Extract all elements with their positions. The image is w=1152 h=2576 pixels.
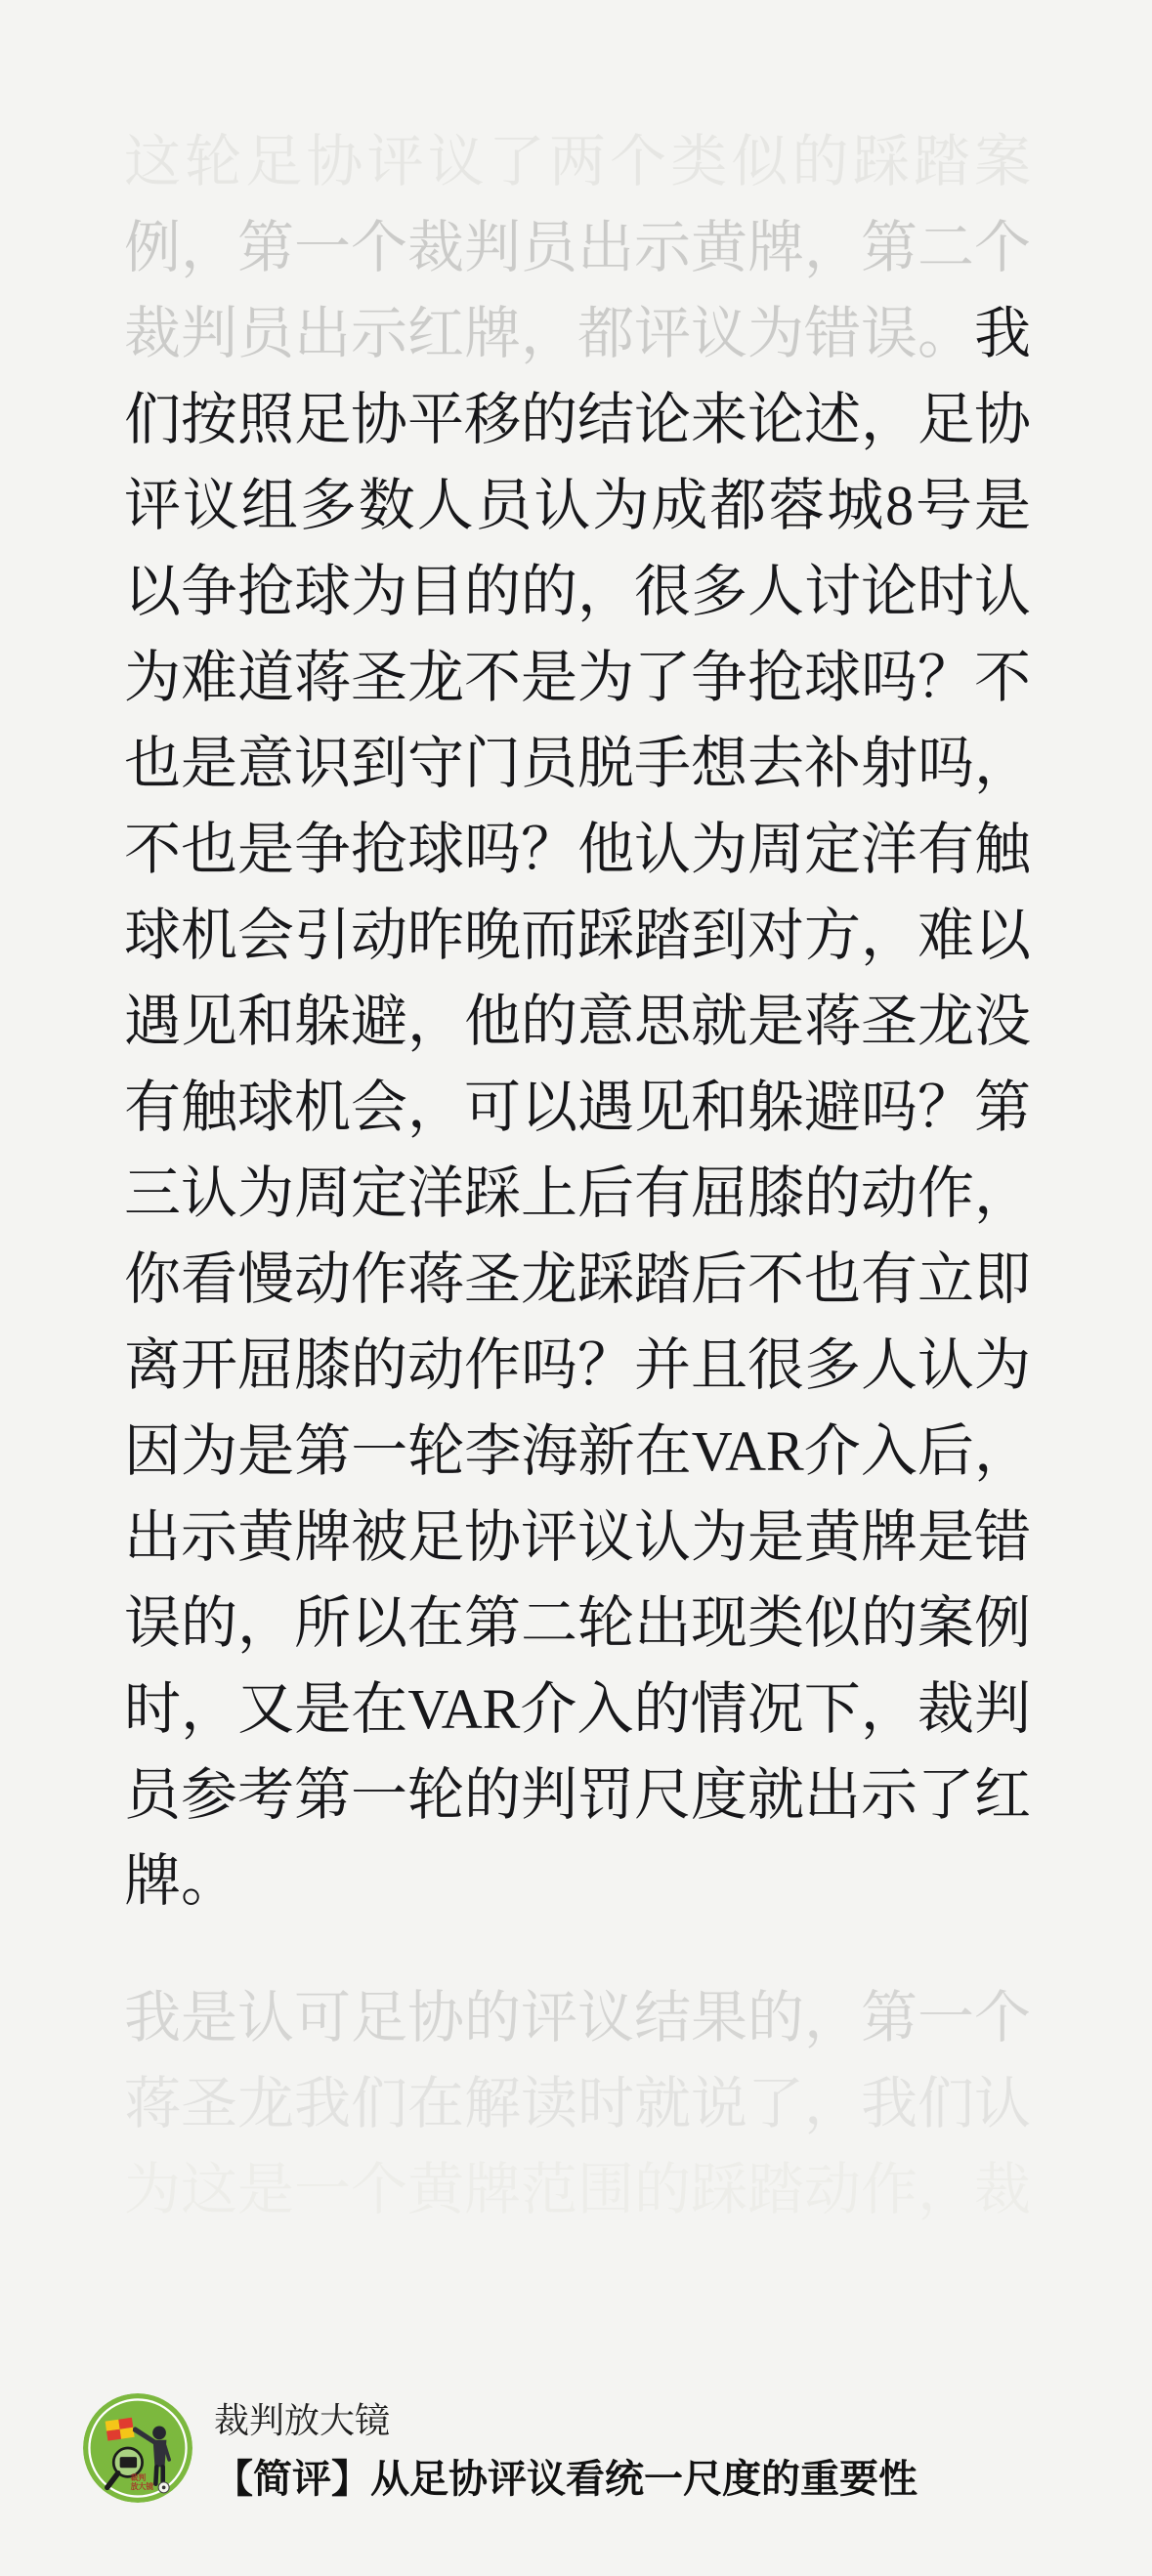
text-line: 例，第一个裁判员出示黄牌，第二个	[124, 205, 1031, 291]
text-line: 误的，所以在第二轮出现类似的案例	[124, 1581, 1031, 1667]
football-patch	[162, 2486, 166, 2490]
text-line: 因为是第一轮李海新在VAR介入后，	[124, 1409, 1031, 1495]
text-segment-gray: 裁判员出示红牌，都评议为错误。	[124, 302, 974, 365]
text-line: 评议组多数人员认为成都蓉城8号是	[124, 463, 1031, 549]
text-segment-dark: 我	[974, 302, 1031, 365]
text-line: 时，又是在VAR介入的情况下，裁判	[124, 1667, 1031, 1753]
text-line: 以争抢球为目的的，很多人讨论时认	[124, 549, 1031, 635]
text-line: 裁判员出示红牌，都评议为错误。我	[124, 291, 1031, 377]
article-page: 这轮足协评议了两个类似的踩踏案例，第一个裁判员出示黄牌，第二个裁判员出示红牌，都…	[0, 0, 1152, 2576]
channel-name[interactable]: 裁判放大镜	[214, 2399, 917, 2442]
text-line: 有触球机会，可以遇见和躲避吗？第	[124, 1065, 1031, 1151]
referee-flag-icon	[106, 2418, 135, 2441]
text-line: 你看慢动作蒋圣龙踩踏后不也有立即	[124, 1237, 1031, 1323]
article-text: 这轮足协评议了两个类似的踩踏案例，第一个裁判员出示黄牌，第二个裁判员出示红牌，都…	[124, 119, 1031, 2233]
text-line: 不也是争抢球吗？他认为周定洋有触	[124, 807, 1031, 893]
article-title[interactable]: 【简评】从足协评议看统一尺度的重要性	[214, 2454, 917, 2505]
text-line: 离开屈膝的动作吗？并且很多人认为	[124, 1323, 1031, 1409]
text-line: 遇见和躲避，他的意思就是蒋圣龙没	[124, 979, 1031, 1065]
text-line: 们按照足协平移的结论来论述，足协	[124, 377, 1031, 463]
text-line: 为这是一个黄牌范围的踩踏动作，裁	[124, 2147, 1031, 2233]
footer-meta: 裁判放大镜 【简评】从足协评议看统一尺度的重要性	[214, 2393, 917, 2505]
text-line: 球机会引动昨晚而踩踏到对方，难以	[124, 893, 1031, 979]
channel-footer: 裁判 放大镜 裁判放大镜 【简评】从足协评议看统一尺度的重要性	[83, 2393, 1070, 2505]
text-line: 蒋圣龙我们在解读时就说了，我们认	[124, 2061, 1031, 2147]
text-line: 牌。	[124, 1838, 1031, 1924]
text-line: 三认为周定洋踩上后有屈膝的动作，	[124, 1151, 1031, 1237]
text-line: 员参考第一轮的判罚尺度就出示了红	[124, 1753, 1031, 1838]
text-line: 为难道蒋圣龙不是为了争抢球吗？不	[124, 635, 1031, 721]
text-line: 也是意识到守门员脱手想去补射吗，	[124, 721, 1031, 807]
avatar-caption-line2: 放大镜	[131, 2481, 154, 2491]
channel-avatar[interactable]: 裁判 放大镜	[83, 2393, 192, 2503]
text-line: 出示黄牌被足协评议认为是黄牌是错	[124, 1495, 1031, 1581]
text-line: 我是认可足协的评议结果的，第一个	[124, 1975, 1031, 2061]
avatar-caption-line1: 裁判	[131, 2472, 147, 2482]
text-line: 这轮足协评议了两个类似的踩踏案	[124, 119, 1031, 205]
